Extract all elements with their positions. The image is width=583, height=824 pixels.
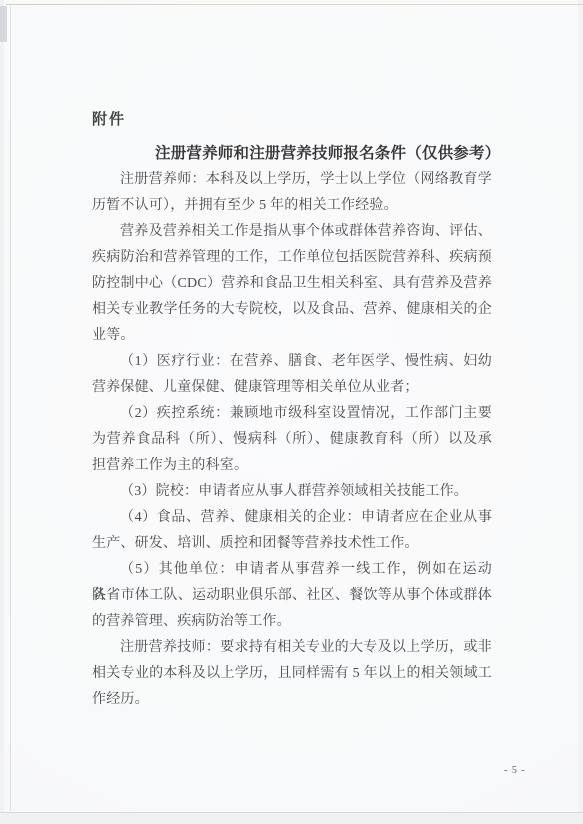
scan-edge-left bbox=[10, 5, 11, 811]
text-line: 为营养食品科（所）、慢病科（所）、健康教育科（所）以及承 bbox=[92, 427, 492, 453]
text-line: 生产、研发、培训、质控和团餐等营养技术性工作。 bbox=[92, 531, 492, 557]
text-line: 作经历。 bbox=[92, 687, 492, 713]
scan-edge-bottom bbox=[0, 813, 583, 824]
page-number: - 5 - bbox=[504, 765, 526, 776]
text-line: 防控制中心（CDC）营养和食品卫生相关科室、具有营养及营养 bbox=[92, 271, 492, 297]
text-line: 营养及营养相关工作是指从事个体或群体营养咨询、评估、 bbox=[92, 219, 492, 245]
text-line: 相关专业的本科及以上学历，且同样需有 5 年以上的相关领域工 bbox=[92, 661, 492, 687]
text-line: （4）食品、营养、健康相关的企业：申请者应在企业从事 bbox=[92, 505, 492, 531]
paragraph-registered-technician: 注册营养技师：要求持有相关专业的大专及以上学历，或非 相关专业的本科及以上学历，… bbox=[92, 635, 492, 713]
text-line: 疾病防治和营养管理的工作，工作单位包括医院营养科、疾病预 bbox=[92, 245, 492, 271]
text-line: 注册营养技师：要求持有相关专业的大专及以上学历，或非 bbox=[92, 635, 492, 661]
text-line: 历暂不认可），并拥有至少 5 年的相关工作经验。 bbox=[92, 193, 492, 219]
attachment-label: 附件 bbox=[92, 108, 126, 129]
scan-edge-left-outer bbox=[0, 0, 4, 824]
paragraph-registered-dietitian: 注册营养师：本科及以上学历，学士以上学位（网络教育学 历暂不认可），并拥有至少 … bbox=[92, 167, 492, 219]
paragraph-item-2-cdc: （2）疾控系统：兼顾地市级科室设置情况，工作部门主要 为营养食品科（所）、慢病科… bbox=[92, 401, 492, 479]
text-line: （3）院校：申请者应从事人群营养领域相关技能工作。 bbox=[92, 479, 492, 505]
text-line: （1）医疗行业：在营养、膳食、老年医学、慢性病、妇幼 bbox=[92, 349, 492, 375]
document-page: 附件 注册营养师和注册营养技师报名条件（仅供参考） 注册营养师：本科及以上学历，… bbox=[0, 0, 583, 824]
text-line: （5）其他单位：申请者从事营养一线工作，例如在运动队、 bbox=[92, 557, 492, 583]
text-line: 的营养管理、疾病防治等工作。 bbox=[92, 609, 492, 635]
text-line: 营养保健、儿童保健、健康管理等相关单位从业者； bbox=[92, 375, 492, 401]
paragraph-item-3-colleges: （3）院校：申请者应从事人群营养领域相关技能工作。 bbox=[92, 479, 492, 505]
text-line: 注册营养师：本科及以上学历，学士以上学位（网络教育学 bbox=[92, 167, 492, 193]
scan-edge-top bbox=[6, 4, 583, 5]
text-line: 担营养工作为主的科室。 bbox=[92, 453, 492, 479]
paragraph-item-1-medical: （1）医疗行业：在营养、膳食、老年医学、慢性病、妇幼 营养保健、儿童保健、健康管… bbox=[92, 349, 492, 401]
scan-edge-right bbox=[578, 0, 583, 824]
text-line: 各省市体工队、运动职业俱乐部、社区、餐饮等从事个体或群体 bbox=[92, 583, 492, 609]
paragraph-item-4-enterprises: （4）食品、营养、健康相关的企业：申请者应在企业从事 生产、研发、培训、质控和团… bbox=[92, 505, 492, 557]
page-title: 注册营养师和注册营养技师报名条件（仅供参考） bbox=[155, 141, 500, 163]
scan-corner-top-left bbox=[0, 6, 7, 42]
text-line: 业等。 bbox=[92, 323, 492, 349]
text-line: 相关专业教学任务的大专院校，以及食品、营养、健康相关的企 bbox=[92, 297, 492, 323]
text-line: （2）疾控系统：兼顾地市级科室设置情况，工作部门主要 bbox=[92, 401, 492, 427]
document-body: 注册营养师：本科及以上学历，学士以上学位（网络教育学 历暂不认可），并拥有至少 … bbox=[92, 167, 492, 713]
paragraph-nutrition-work-definition: 营养及营养相关工作是指从事个体或群体营养咨询、评估、 疾病防治和营养管理的工作，… bbox=[92, 219, 492, 349]
paragraph-item-5-other-units: （5）其他单位：申请者从事营养一线工作，例如在运动队、 各省市体工队、运动职业俱… bbox=[92, 557, 492, 635]
